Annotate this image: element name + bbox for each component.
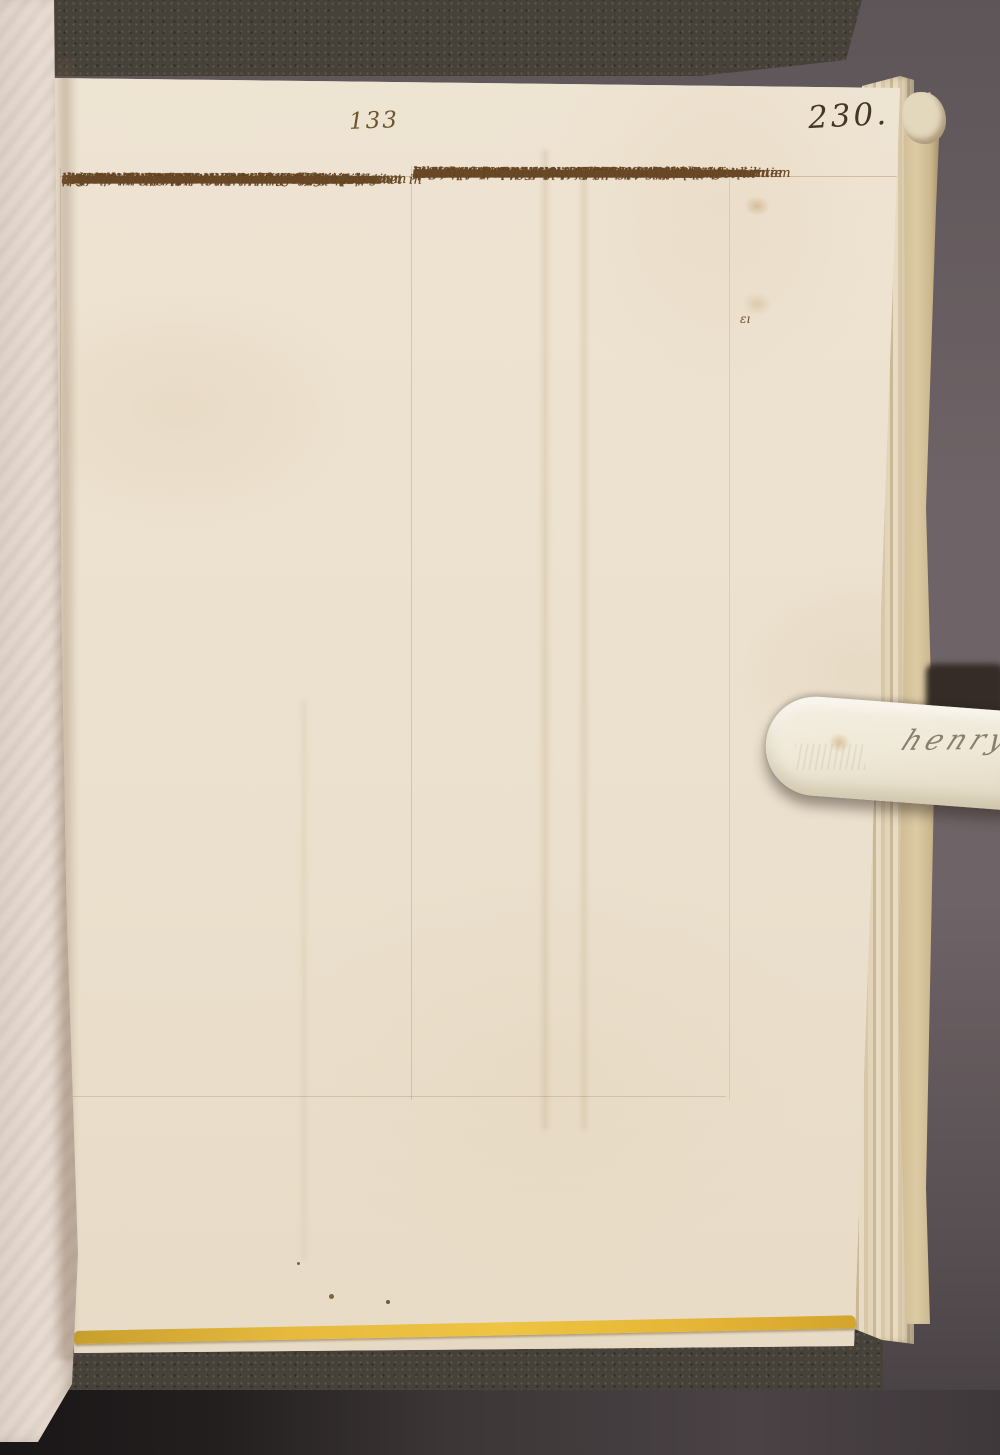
table-shadow-bottom (0, 1390, 1000, 1455)
ruling-line-intercolumn (411, 166, 412, 1100)
margin-mark: ɛı (740, 312, 750, 326)
parchment-speck (297, 1262, 300, 1265)
ivory-page-marker-tab: henry (762, 693, 1000, 810)
gutter-shadow (52, 60, 78, 1360)
manuscript-line: et immolavit eum in corde suo deo suo (413, 163, 693, 185)
parchment-speck (386, 1300, 390, 1304)
ruling-line-right-margin (729, 166, 730, 1100)
parchment-stain (744, 196, 770, 216)
quire-number: 133 (349, 107, 400, 135)
manuscript-photograph: 133 230. ɛı non timet approximare se ips… (0, 0, 1000, 1455)
folio-number: 230. (807, 96, 890, 136)
parchment-crease (300, 700, 308, 1260)
tab-inscription: henry (897, 723, 1000, 757)
parchment-crease (580, 170, 588, 1130)
manuscript-line: vitam divicias et prosperitatem et totum (62, 169, 350, 191)
parchment-speck (329, 1294, 334, 1299)
parchment-crease (540, 150, 550, 1130)
ruling-line-bottom (62, 1096, 726, 1097)
